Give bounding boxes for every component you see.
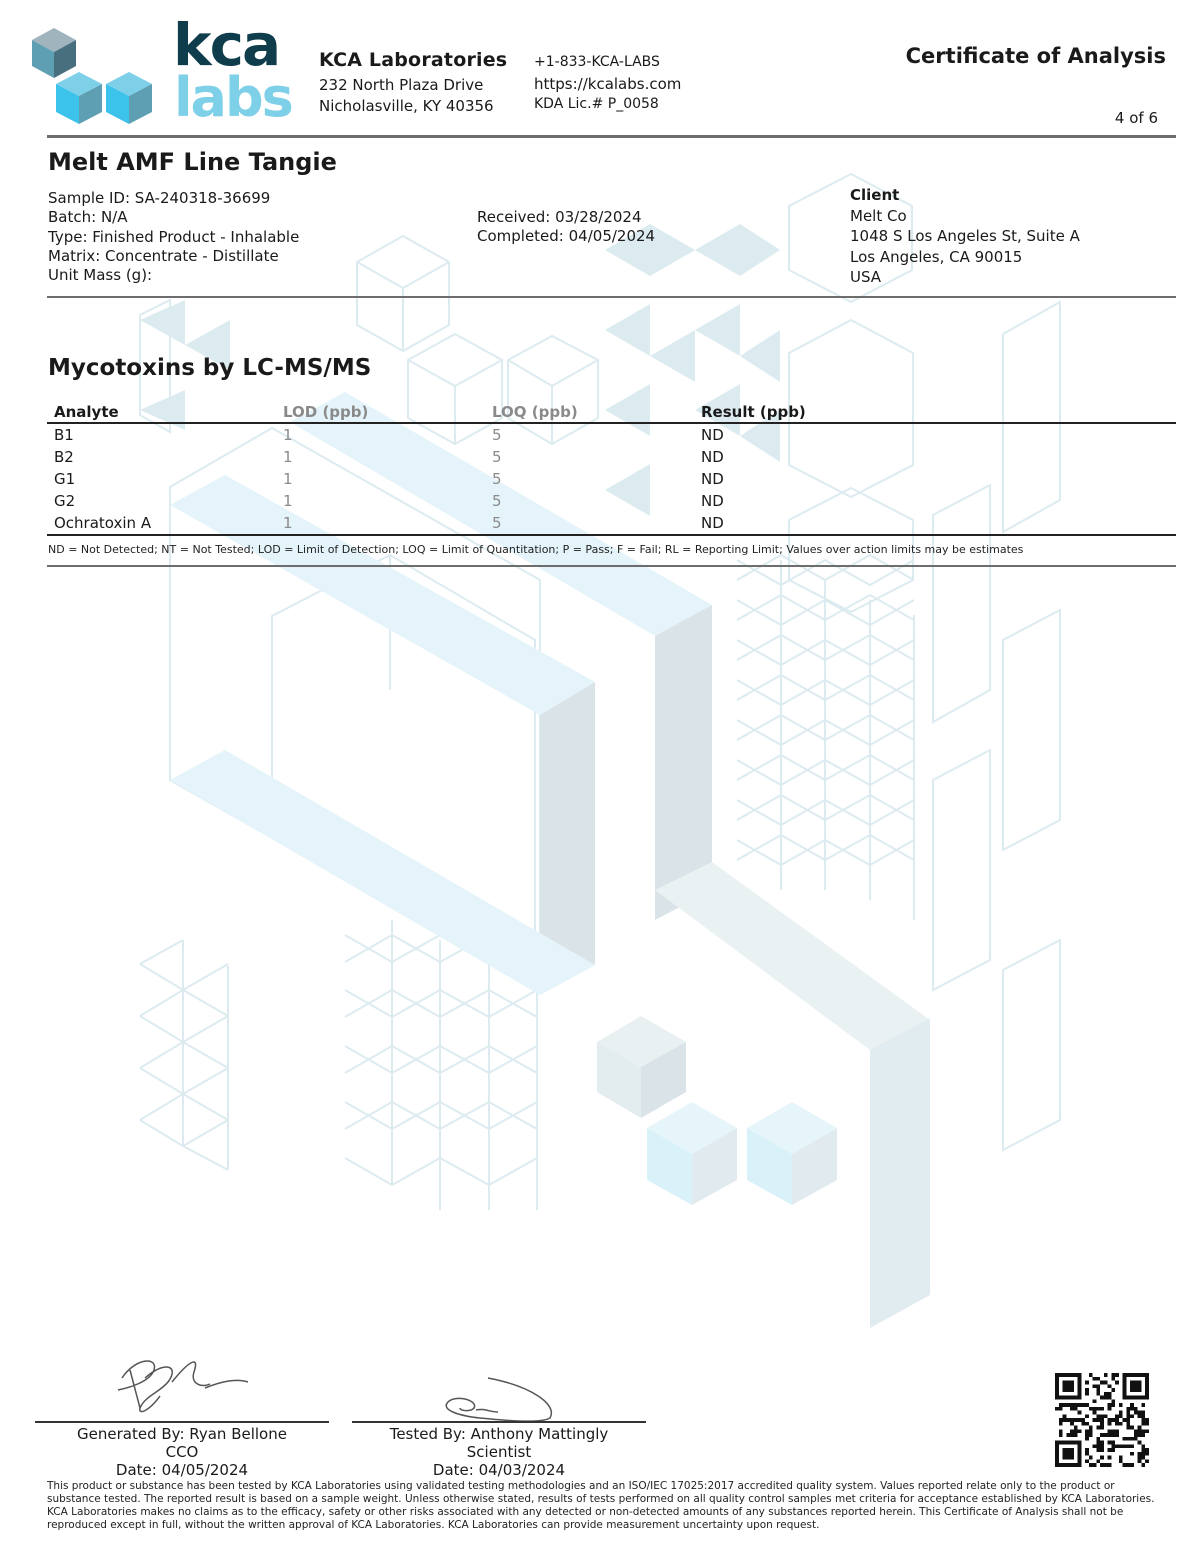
info-divider (47, 296, 1176, 298)
sample-id: Sample ID: SA-240318-36699 (48, 189, 299, 208)
client-street: 1048 S Los Angeles St, Suite A (850, 226, 1080, 247)
analyte-cell: G1 (47, 468, 283, 490)
loq-cell: 5 (492, 512, 701, 535)
sample-details: Sample ID: SA-240318-36699 Batch: N/A Ty… (48, 189, 299, 285)
result-cell: ND (701, 490, 1176, 512)
result-cell: ND (701, 512, 1176, 535)
lab-address-street: 232 North Plaza Drive (319, 76, 483, 94)
loq-cell: 5 (492, 490, 701, 512)
generated-by-title: CCO (35, 1443, 329, 1461)
completed-date: Completed: 04/05/2024 (477, 227, 655, 246)
table-header-row: Analyte LOD (ppb) LOQ (ppb) Result (ppb) (47, 400, 1176, 423)
received-date: Received: 03/28/2024 (477, 208, 655, 227)
signature-anthony-mattingly (440, 1374, 560, 1424)
table-row: G215ND (47, 490, 1176, 512)
lab-phone: +1-833-KCA-LABS (534, 54, 660, 70)
document-title: Certificate of Analysis (906, 44, 1166, 68)
product-title: Melt AMF Line Tangie (48, 148, 337, 176)
header-divider (47, 135, 1176, 138)
lab-website-link[interactable]: https://kcalabs.com (534, 75, 681, 93)
table-row: G115ND (47, 468, 1176, 490)
tested-by-block: Tested By: Anthony Mattingly Scientist D… (352, 1425, 646, 1479)
client-heading: Client (850, 185, 1080, 206)
signature-ryan-bellone (110, 1348, 260, 1420)
table-row: B115ND (47, 423, 1176, 446)
lab-license: KDA Lic.# P_0058 (534, 96, 659, 112)
lab-name: KCA Laboratories (319, 49, 507, 71)
result-cell: ND (701, 423, 1176, 446)
result-cell: ND (701, 468, 1176, 490)
analyte-cell: B1 (47, 423, 283, 446)
generated-by-date: Date: 04/05/2024 (35, 1461, 329, 1479)
signature-line-generated (35, 1421, 329, 1423)
client-country: USA (850, 267, 1080, 288)
lod-cell: 1 (283, 423, 492, 446)
table-row: B215ND (47, 446, 1176, 468)
sample-batch: Batch: N/A (48, 208, 299, 227)
lod-cell: 1 (283, 446, 492, 468)
table-footer-divider (47, 565, 1176, 567)
loq-cell: 5 (492, 423, 701, 446)
analyte-cell: B2 (47, 446, 283, 468)
abbreviation-legend: ND = Not Detected; NT = Not Tested; LOD … (48, 543, 1023, 556)
analyte-cell: G2 (47, 490, 283, 512)
sample-matrix: Matrix: Concentrate - Distillate (48, 247, 299, 266)
tested-by-title: Scientist (352, 1443, 646, 1461)
mycotoxins-table: Analyte LOD (ppb) LOQ (ppb) Result (ppb)… (47, 400, 1176, 536)
lod-cell: 1 (283, 468, 492, 490)
analyte-cell: Ochratoxin A (47, 512, 283, 535)
loq-cell: 5 (492, 468, 701, 490)
logo-labs-text: labs (174, 68, 292, 128)
lod-cell: 1 (283, 512, 492, 535)
qr-code-icon[interactable] (1055, 1373, 1149, 1467)
disclaimer-text: This product or substance has been teste… (47, 1480, 1157, 1532)
col-result: Result (ppb) (701, 400, 1176, 423)
col-analyte: Analyte (47, 400, 283, 423)
col-lod: LOD (ppb) (283, 400, 492, 423)
table-row: Ochratoxin A15ND (47, 512, 1176, 535)
generated-by-block: Generated By: Ryan Bellone CCO Date: 04/… (35, 1425, 329, 1479)
tested-by-name: Tested By: Anthony Mattingly (352, 1425, 646, 1443)
sample-dates: Received: 03/28/2024 Completed: 04/05/20… (477, 208, 655, 247)
kca-labs-logo: kca labs (28, 26, 293, 131)
result-cell: ND (701, 446, 1176, 468)
col-loq: LOQ (ppb) (492, 400, 701, 423)
client-city: Los Angeles, CA 90015 (850, 247, 1080, 268)
loq-cell: 5 (492, 446, 701, 468)
client-info: Client Melt Co 1048 S Los Angeles St, Su… (850, 185, 1080, 288)
tested-by-date: Date: 04/03/2024 (352, 1461, 646, 1479)
lod-cell: 1 (283, 490, 492, 512)
sample-unit-mass: Unit Mass (g): (48, 266, 299, 285)
sample-type: Type: Finished Product - Inhalable (48, 228, 299, 247)
section-title: Mycotoxins by LC-MS/MS (48, 355, 371, 381)
lab-address-city: Nicholasville, KY 40356 (319, 97, 494, 115)
signature-line-tested (352, 1421, 646, 1423)
generated-by-name: Generated By: Ryan Bellone (35, 1425, 329, 1443)
client-name: Melt Co (850, 206, 1080, 227)
page-number: 4 of 6 (1115, 109, 1158, 127)
